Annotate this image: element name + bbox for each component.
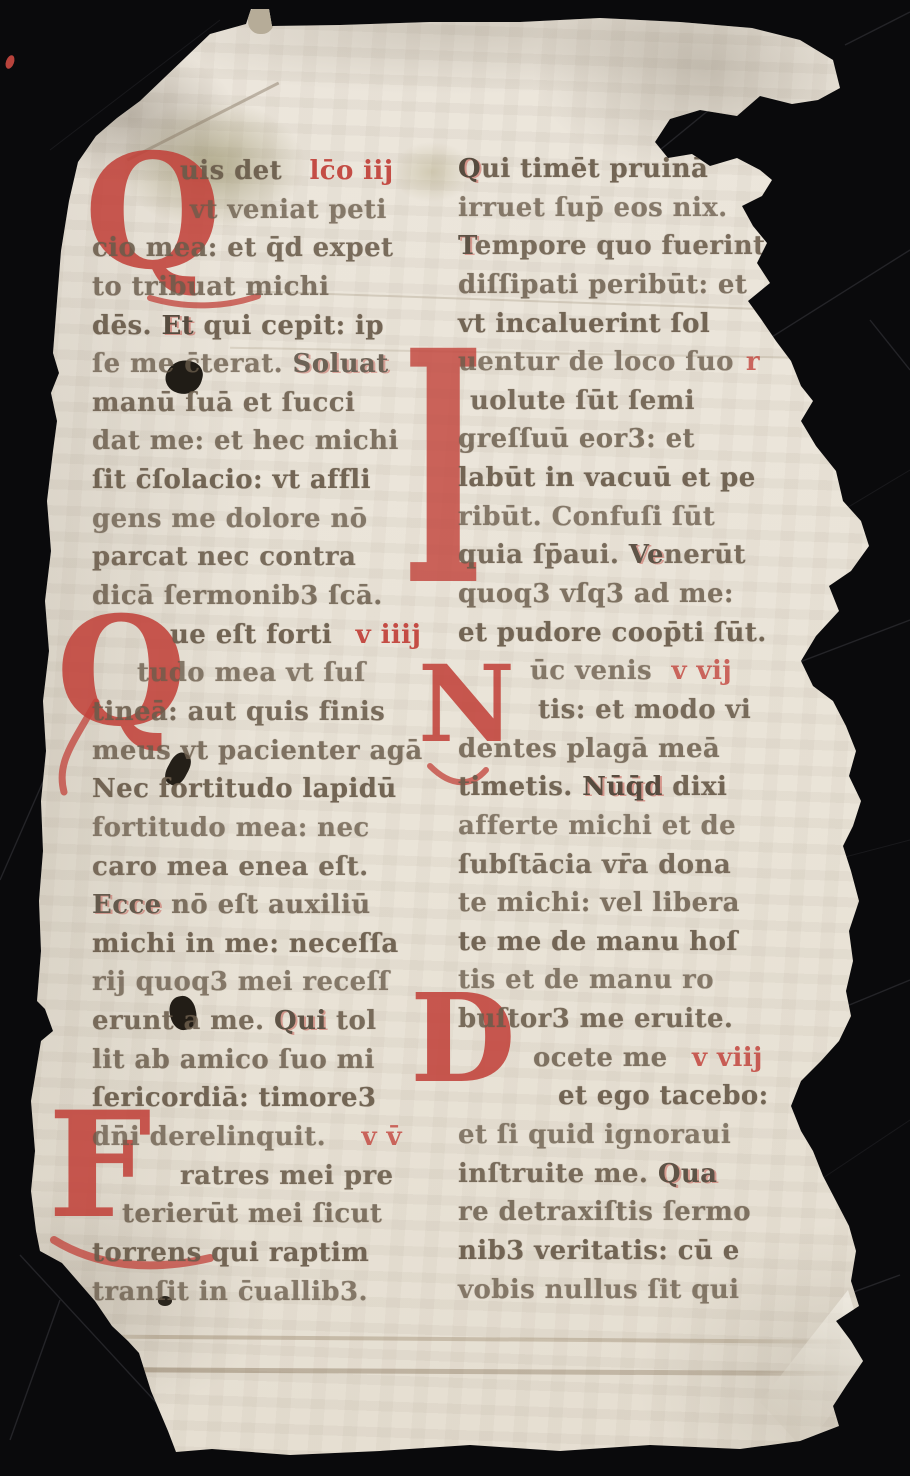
body-text: nō eſt auxiliū [162,890,371,920]
body-text: nib3 veritatis: cū e [458,1236,740,1266]
text-line: cio mea: et q̄d expet [92,229,444,268]
text-line: buſtor3 me eruite. [458,1000,858,1039]
body-text: dēs. [92,311,161,341]
text-line: gens me dolore nō [92,500,444,539]
body-text: tis: et modo vi [538,695,751,725]
text-line: tudo mea vt ſuſ [92,654,444,693]
body-text: labūt in vacuū et pe [458,463,756,493]
text-line: ſe me c̄terat. Soluat [92,345,444,384]
text-line: terierūt mei ſicut [92,1195,444,1234]
rubric-text: v v̄ [362,1122,402,1152]
body-text: ratres mei pre [180,1161,394,1191]
text-line: tranſit in c̄uallib3. [92,1273,444,1312]
text-line: inſtruite me. Qua [458,1155,858,1194]
body-text: et ego tacebo: [558,1081,769,1111]
text-line: ūc venis v vij [458,652,858,691]
body-text: Nec fortitudo lapidū [92,774,397,804]
body-text: dat me: et hec michi [92,426,399,456]
body-text: Qui [274,1006,327,1036]
body-text: greſſuū eor3: et [458,424,695,454]
text-line: lit ab amico ſuo mi [92,1041,444,1080]
text-line: Nec fortitudo lapidū [92,770,444,809]
body-text: manū ſuā et ſucci [92,388,355,418]
body-text: dentes plagā meā [458,734,720,764]
text-line: greſſuū eor3: et [458,420,858,459]
text-line: ſericordiā: timore3 [92,1079,444,1118]
text-line: te me de manu hoſ [458,923,858,962]
body-text: Soluat [293,349,389,379]
rubric-text: v viij [692,1043,763,1073]
body-text: dn̄i derelinquit. [92,1122,336,1152]
body-text: et pudore coop̄ti ſūt. [458,618,767,648]
body-text: torrens qui raptim [92,1238,369,1268]
body-text: terierūt mei ſicut [122,1199,382,1229]
body-text: lit ab amico ſuo mi [92,1045,375,1075]
body-text: nerūt [664,540,746,570]
text-line: torrens qui raptim [92,1234,444,1273]
text-line: tis et de manu ro [458,961,858,1000]
text-line: parcat nec contra [92,538,444,577]
text-line: ue eſt forti v iiij [92,616,444,655]
body-text: afferte michi et de [458,811,736,841]
body-text: diſſipati peribūt: et [458,270,747,300]
text-line: quia ſp̄aui. Venerūt [458,536,858,575]
body-text: Qua [658,1159,718,1189]
text-line: dn̄i derelinquit. v v̄ [92,1118,444,1157]
body-text: ui timēt pruinā [481,154,708,184]
body-text: gens me dolore nō [92,504,368,534]
body-text: Et [161,311,194,341]
body-text: irruet ſup̄ eos nix. [458,193,728,223]
text-line: vt veniat peti [92,191,444,230]
body-text: uentur de loco ſuo [458,347,734,377]
body-text: uolute ſūt ſemi [470,386,695,416]
body-text: cio mea: et q̄d expet [92,233,393,263]
body-text: te michi: vel libera [458,888,740,918]
body-text: tudo mea vt ſuſ [137,658,366,688]
text-line: uis det lc̄o iij [92,152,444,191]
text-line: afferte michi et de [458,807,858,846]
text-line: labūt in vacuū et pe [458,459,858,498]
text-line: meus vt pacienter agā [92,732,444,771]
body-text: fortitudo mea: nec [92,813,370,843]
body-text: et ſi quid ignoraui [458,1120,731,1150]
text-line: ratres mei pre [92,1157,444,1196]
body-text: vt veniat peti [190,195,387,225]
body-text: Ecce [92,890,162,920]
text-line: tis: et modo vi [458,691,858,730]
text-line: dat me: et hec michi [92,422,444,461]
body-text: michi in me: neceſſa [92,929,399,959]
body-text: ocete me [533,1043,677,1073]
body-text: ſubſtācia vr̄a dona [458,850,731,880]
body-text: caro mea enea eſt. [92,852,369,882]
text-line: uolute ſūt ſemi [458,382,858,421]
text-line: ſubſtācia vr̄a dona [458,846,858,885]
body-text: dixi [663,772,728,802]
text-line: fortitudo mea: nec [92,809,444,848]
body-text: tis et de manu ro [458,965,714,995]
rubric-text: lc̄o iij [309,156,393,186]
body-text: ribūt. Confuſi ſūt [458,502,715,532]
body-text: tol [327,1006,377,1036]
body-text: ſe me c̄terat. [92,349,293,379]
body-text: vt incaluerint ſol [458,309,710,339]
body-text: to tribuat michi [92,272,329,302]
body-text: uis det [180,156,291,186]
text-line: to tribuat michi [92,268,444,307]
body-text: ue eſt forti [170,620,342,650]
body-text: quia ſp̄aui. [458,540,629,570]
text-line: dentes plagā meā [458,730,858,769]
body-text: te me de manu hoſ [458,927,738,957]
text-line: et pudore coop̄ti ſūt. [458,614,858,653]
body-text: buſtor3 me eruite. [458,1004,733,1034]
body-text: ſit c̄ſolacio: vt affli [92,465,371,495]
body-text: quoq3 vſq3 ad me: [458,579,734,609]
body-text: empore quo fuerint [475,231,766,261]
body-text: timetis. [458,772,582,802]
body-text: Ve [629,540,664,570]
body-text: meus vt pacienter agā [92,736,423,766]
text-line: quoq3 vſq3 ad me: [458,575,858,614]
body-text: T [458,231,475,261]
text-line: caro mea enea eſt. [92,848,444,887]
rubric-text: v iiij [356,620,422,650]
text-line: erunt a me. Qui tol [92,1002,444,1041]
text-line: tineā: aut quis finis [92,693,444,732]
text-line: dēs. Et qui cepit: ip [92,307,444,346]
text-line: manū ſuā et ſucci [92,384,444,423]
text-line: ſit c̄ſolacio: vt affli [92,461,444,500]
body-text: rij quoq3 mei receſſ [92,967,390,997]
body-text: ūc venis [530,656,662,686]
text-line: michi in me: neceſſa [92,925,444,964]
manuscript-photo: Q Q F I N D uis det lc̄o iijvt veniat pe… [0,0,910,1476]
body-text: dicā ſermonib3 ſcā. [92,581,383,611]
text-line: Ecce nō eſt auxiliū [92,886,444,925]
text-line: re detraxiſtis ſermo [458,1193,858,1232]
body-text: qui cepit: ip [194,311,384,341]
body-text: Nūq̄d [582,772,663,802]
body-text: Q [458,154,481,184]
body-text: erunt a me. [92,1006,274,1036]
body-text: re detraxiſtis ſermo [458,1197,751,1227]
text-line: te michi: vel libera [458,884,858,923]
body-text: vobis nullus ſit qui [458,1275,739,1305]
body-text: tranſit in c̄uallib3. [92,1277,368,1307]
text-line: ocete me v viij [458,1039,858,1078]
body-text: tineā: aut quis finis [92,697,385,727]
text-line: ribūt. Confuſi ſūt [458,498,858,537]
body-text: ſericordiā: timore3 [92,1083,376,1113]
text-line: nib3 veritatis: cū e [458,1232,858,1271]
body-text: inſtruite me. [458,1159,658,1189]
text-line: vobis nullus ſit qui [458,1271,858,1310]
text-line: timetis. Nūq̄d dixi [458,768,858,807]
body-text: parcat nec contra [92,542,356,572]
rubric-text: r [746,347,760,377]
text-line: dicā ſermonib3 ſcā. [92,577,444,616]
text-column-left: uis det lc̄o iijvt veniat peticio mea: e… [92,152,444,1311]
rubric-text: v vij [672,656,733,686]
text-line: rij quoq3 mei receſſ [92,963,444,1002]
